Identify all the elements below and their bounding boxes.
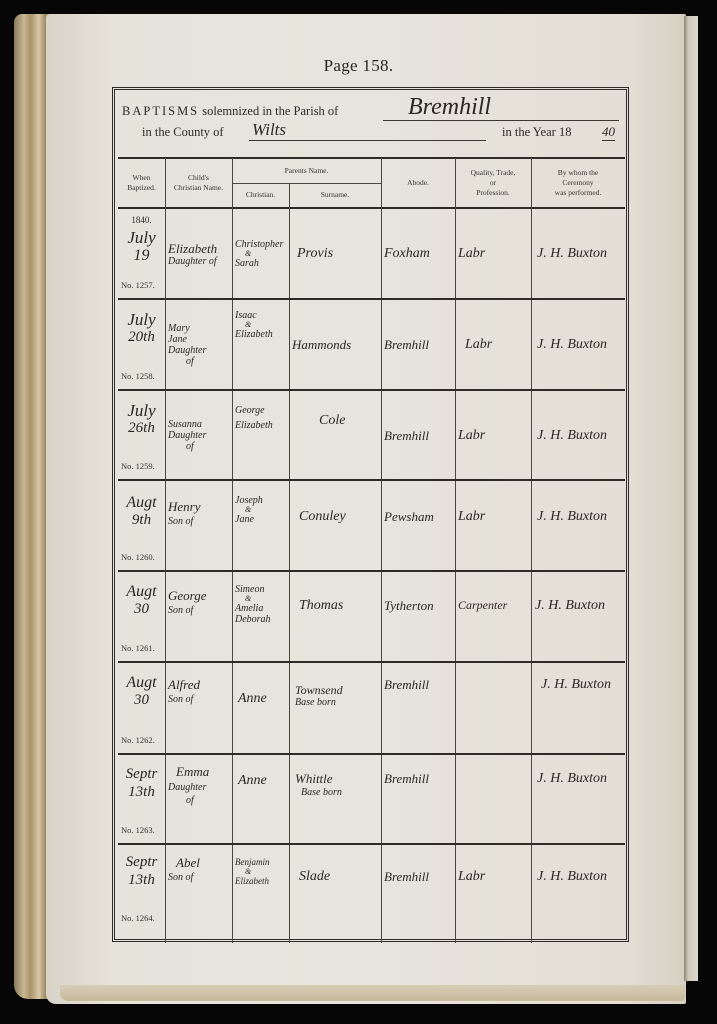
- parent-name-1: Benjamin: [235, 857, 270, 868]
- child-cell: Henry Son of: [165, 481, 232, 570]
- header-when-line1: When: [133, 173, 151, 183]
- year-label: in the Year 18: [502, 125, 571, 140]
- child-relation: Daughter: [168, 430, 206, 441]
- header-quality-line3: Profession.: [476, 188, 510, 198]
- minister: J. H. Buxton: [537, 509, 607, 524]
- header-when-line2: Baptized.: [127, 183, 156, 193]
- abode: Bremhill: [384, 677, 429, 692]
- page-number: Page 158.: [0, 56, 717, 76]
- abode: Tytherton: [384, 598, 434, 613]
- entry-day: 13th: [128, 784, 155, 801]
- entry-reg-no: No. 1258.: [121, 371, 155, 381]
- minister-cell: J. H. Buxton: [531, 209, 625, 298]
- abode: Bremhill: [384, 869, 429, 884]
- child-relation: Daughter: [168, 345, 206, 356]
- surname: Slade: [299, 869, 330, 884]
- entry-day: 20th: [128, 329, 155, 346]
- minister-cell: J. H. Buxton: [531, 300, 625, 389]
- facing-page-edge: [684, 16, 698, 981]
- minister: J. H. Buxton: [537, 771, 607, 786]
- header-quality-line1: Quality, Trade,: [471, 168, 516, 178]
- header-minister: By whom the Ceremony was performed.: [531, 159, 625, 206]
- child-cell: George Son of: [165, 572, 232, 661]
- entry-reg-no: No. 1259.: [121, 461, 155, 471]
- parent-name-1: Anne: [238, 691, 267, 706]
- child-relation-2: of: [168, 795, 194, 806]
- abode-cell: Tytherton: [381, 572, 455, 661]
- header-minister-line3: was performed.: [555, 188, 602, 198]
- entry-reg-no: No. 1263.: [121, 825, 155, 835]
- quality-cell: Carpenter: [455, 572, 531, 661]
- parent-name-2: Amelia: [235, 603, 263, 614]
- year-value: 40: [602, 124, 615, 141]
- parent-name-2: Elizabeth: [235, 418, 273, 433]
- child-cell: Abel Son of: [165, 845, 232, 937]
- table-row: Augt 30 No. 1262. Alfred Son of Anne Tow…: [118, 663, 625, 753]
- parent-name-1: Christopher: [235, 239, 283, 250]
- surname: Cole: [319, 413, 345, 428]
- entry-month: Septr: [126, 765, 158, 784]
- parent-ampersand: &: [235, 506, 251, 514]
- title-middle: solemnized in the Parish of: [202, 104, 338, 118]
- abode: Bremhill: [384, 771, 429, 786]
- entry-day: 26th: [128, 420, 155, 437]
- surname-cell: Cole: [289, 391, 381, 479]
- header-quality: Quality, Trade, or Profession.: [455, 159, 531, 206]
- quality: Labr: [458, 428, 485, 443]
- abode-cell: Bremhill: [381, 391, 455, 479]
- county-label: in the County of: [142, 125, 224, 140]
- header-minister-line1: By whom the: [558, 168, 598, 178]
- child-name: Abel: [168, 853, 200, 872]
- surname: Conuley: [299, 509, 346, 524]
- parents-christian-cell: Anne: [232, 663, 289, 753]
- parents-christian-cell: Benjamin & Elizabeth: [232, 845, 289, 937]
- table-row: Augt 9th No. 1260. Henry Son of Joseph &…: [118, 481, 625, 570]
- entry-reg-no: No. 1264.: [121, 913, 155, 923]
- child-relation: Daughter of: [168, 256, 217, 267]
- minister-cell: J. H. Buxton: [531, 755, 625, 843]
- parents-christian-cell: Isaac & Elizabeth: [232, 300, 289, 389]
- entry-day: 19: [134, 247, 150, 264]
- quality-cell: Labr: [455, 300, 531, 389]
- entry-month: Augt: [126, 582, 156, 601]
- header-quality-line2: or: [490, 178, 496, 188]
- child-relation-2: of: [168, 441, 194, 452]
- title-prefix: BAPTISMS: [122, 104, 199, 118]
- quality: Labr: [458, 869, 485, 884]
- abode-cell: Bremhill: [381, 755, 455, 843]
- parent-name-1: George: [235, 403, 265, 418]
- entry-month: Augt: [126, 493, 156, 512]
- child-name: Emma: [168, 763, 209, 781]
- quality: Carpenter: [458, 598, 507, 613]
- header-abode: Abode.: [381, 159, 455, 206]
- surname-note: Base born: [295, 787, 342, 798]
- entry-day: 30: [134, 692, 149, 709]
- abode-cell: Bremhill: [381, 300, 455, 389]
- child-cell: Alfred Son of: [165, 663, 232, 753]
- parent-ampersand: &: [235, 321, 251, 329]
- minister-cell: J. H. Buxton: [531, 572, 625, 661]
- page-bottom-edge: [60, 985, 685, 1001]
- minister-cell: J. H. Buxton: [531, 663, 625, 753]
- parent-ampersand: &: [235, 250, 251, 258]
- surname: Whittle: [295, 771, 333, 787]
- parents-christian-cell: Christopher & Sarah: [232, 209, 289, 298]
- minister: J. H. Buxton: [537, 869, 607, 884]
- table-row: 1840. July 19 No. 1257. Elizabeth Daught…: [118, 209, 625, 298]
- entry-day: 30: [134, 601, 149, 618]
- quality-cell: Labr: [455, 845, 531, 937]
- abode-cell: Bremhill: [381, 845, 455, 937]
- parent-name-1: Anne: [238, 773, 267, 788]
- table-row: July 26th No. 1259. Susanna Daughter of …: [118, 391, 625, 479]
- surname-note: Base born: [295, 697, 336, 708]
- entry-reg-no: No. 1257.: [121, 280, 155, 290]
- child-relation: Son of: [168, 516, 193, 527]
- minister-cell: J. H. Buxton: [531, 481, 625, 570]
- quality-cell: Labr: [455, 391, 531, 479]
- parent-name-2: Jane: [235, 514, 254, 525]
- abode: Foxham: [384, 246, 430, 261]
- minister: J. H. Buxton: [537, 246, 607, 261]
- parents-christian-cell: Joseph & Jane: [232, 481, 289, 570]
- table-row: Augt 30 No. 1261. George Son of Simeon &…: [118, 572, 625, 661]
- child-name: George: [168, 586, 207, 605]
- header-parent-christian: Christian.: [232, 184, 289, 206]
- surname-cell: Conuley: [289, 481, 381, 570]
- entry-day: 9th: [132, 512, 151, 529]
- abode-cell: Bremhill: [381, 663, 455, 753]
- abode: Bremhill: [384, 428, 429, 443]
- abode-cell: Foxham: [381, 209, 455, 298]
- minister-cell: J. H. Buxton: [531, 845, 625, 937]
- header-child-line1: Child's: [188, 173, 209, 183]
- minister-cell: J. H. Buxton: [531, 391, 625, 479]
- parents-christian-cell: Simeon & Amelia Deborah: [232, 572, 289, 661]
- county-value: Wilts: [252, 120, 286, 140]
- register-title: BAPTISMS solemnized in the Parish of: [122, 104, 338, 119]
- parent-ampersand: &: [235, 595, 251, 603]
- quality-cell: [455, 663, 531, 753]
- entry-month: July: [127, 401, 155, 420]
- entry-month: July: [127, 310, 155, 329]
- quality-cell: Labr: [455, 481, 531, 570]
- child-relation: Daughter: [168, 781, 206, 795]
- parents-christian-cell: George Elizabeth: [232, 391, 289, 479]
- surname-cell: Thomas: [289, 572, 381, 661]
- header-child: Child's Christian Name.: [165, 159, 232, 206]
- header-minister-line2: Ceremony: [562, 178, 593, 188]
- child-cell: Elizabeth Daughter of: [165, 209, 232, 298]
- header-when: When Baptized.: [118, 159, 165, 206]
- parent-name-2: Elizabeth: [235, 876, 269, 887]
- entry-year: 1840.: [131, 213, 151, 228]
- abode-cell: Pewsham: [381, 481, 455, 570]
- parents-christian-cell: Anne: [232, 755, 289, 843]
- abode: Bremhill: [384, 337, 429, 352]
- surname: Thomas: [299, 598, 343, 613]
- entry-month: July: [127, 228, 155, 247]
- parish-value: Bremhill: [408, 94, 491, 121]
- child-relation: Son of: [168, 872, 193, 883]
- minister: J. H. Buxton: [537, 428, 607, 443]
- minister: J. H. Buxton: [537, 337, 607, 352]
- surname-cell: Whittle Base born: [289, 755, 381, 843]
- entry-day: 13th: [128, 872, 155, 889]
- surname-cell: Provis: [289, 209, 381, 298]
- quality: Labr: [465, 337, 492, 352]
- entry-reg-no: No. 1262.: [121, 735, 155, 745]
- quality-cell: [455, 755, 531, 843]
- surname-cell: Townsend Base born: [289, 663, 381, 753]
- minister: J. H. Buxton: [535, 598, 605, 613]
- when-cell: Septr 13th: [118, 845, 165, 937]
- abode: Pewsham: [384, 509, 434, 524]
- parent-name-2: Elizabeth: [235, 329, 273, 340]
- child-cell: Susanna Daughter of: [165, 391, 232, 479]
- parent-name-2: Sarah: [235, 258, 259, 269]
- parent-name-2-continued: Deborah: [235, 614, 271, 625]
- child-name: Susanna: [168, 419, 202, 430]
- child-name-2: Jane: [168, 334, 187, 345]
- child-name: Henry: [168, 497, 201, 516]
- child-name: Alfred: [168, 675, 200, 694]
- quality-cell: Labr: [455, 209, 531, 298]
- child-name: Elizabeth: [168, 241, 217, 256]
- surname-cell: Hammonds: [289, 300, 381, 389]
- entry-month: Septr: [126, 853, 158, 872]
- quality: Labr: [458, 509, 485, 524]
- surname: Hammonds: [292, 337, 351, 352]
- parent-ampersand: &: [235, 868, 251, 876]
- table-row: Septr 13th No. 1264. Abel Son of Benjami…: [118, 845, 625, 937]
- child-cell: Mary Jane Daughter of: [165, 300, 232, 389]
- entry-reg-no: No. 1260.: [121, 552, 155, 562]
- child-relation: Son of: [168, 694, 193, 705]
- surname: Townsend: [295, 683, 343, 697]
- table-row: July 20th No. 1258. Mary Jane Daughter o…: [118, 300, 625, 389]
- surname-cell: Slade: [289, 845, 381, 937]
- header-parents: Parents Name.: [232, 159, 381, 183]
- entry-month: Augt: [126, 673, 156, 692]
- quality: Labr: [458, 246, 485, 261]
- header-parent-surname: Surname.: [289, 184, 381, 206]
- child-relation-2: of: [168, 356, 194, 367]
- minister: J. H. Buxton: [541, 677, 611, 692]
- child-relation: Son of: [168, 605, 193, 616]
- child-name: Mary: [168, 323, 190, 334]
- child-cell: Emma Daughter of: [165, 755, 232, 843]
- surname: Provis: [297, 246, 333, 261]
- table-row: Septr 13th No. 1263. Emma Daughter of An…: [118, 755, 625, 843]
- entry-reg-no: No. 1261.: [121, 643, 155, 653]
- header-child-line2: Christian Name.: [174, 183, 223, 193]
